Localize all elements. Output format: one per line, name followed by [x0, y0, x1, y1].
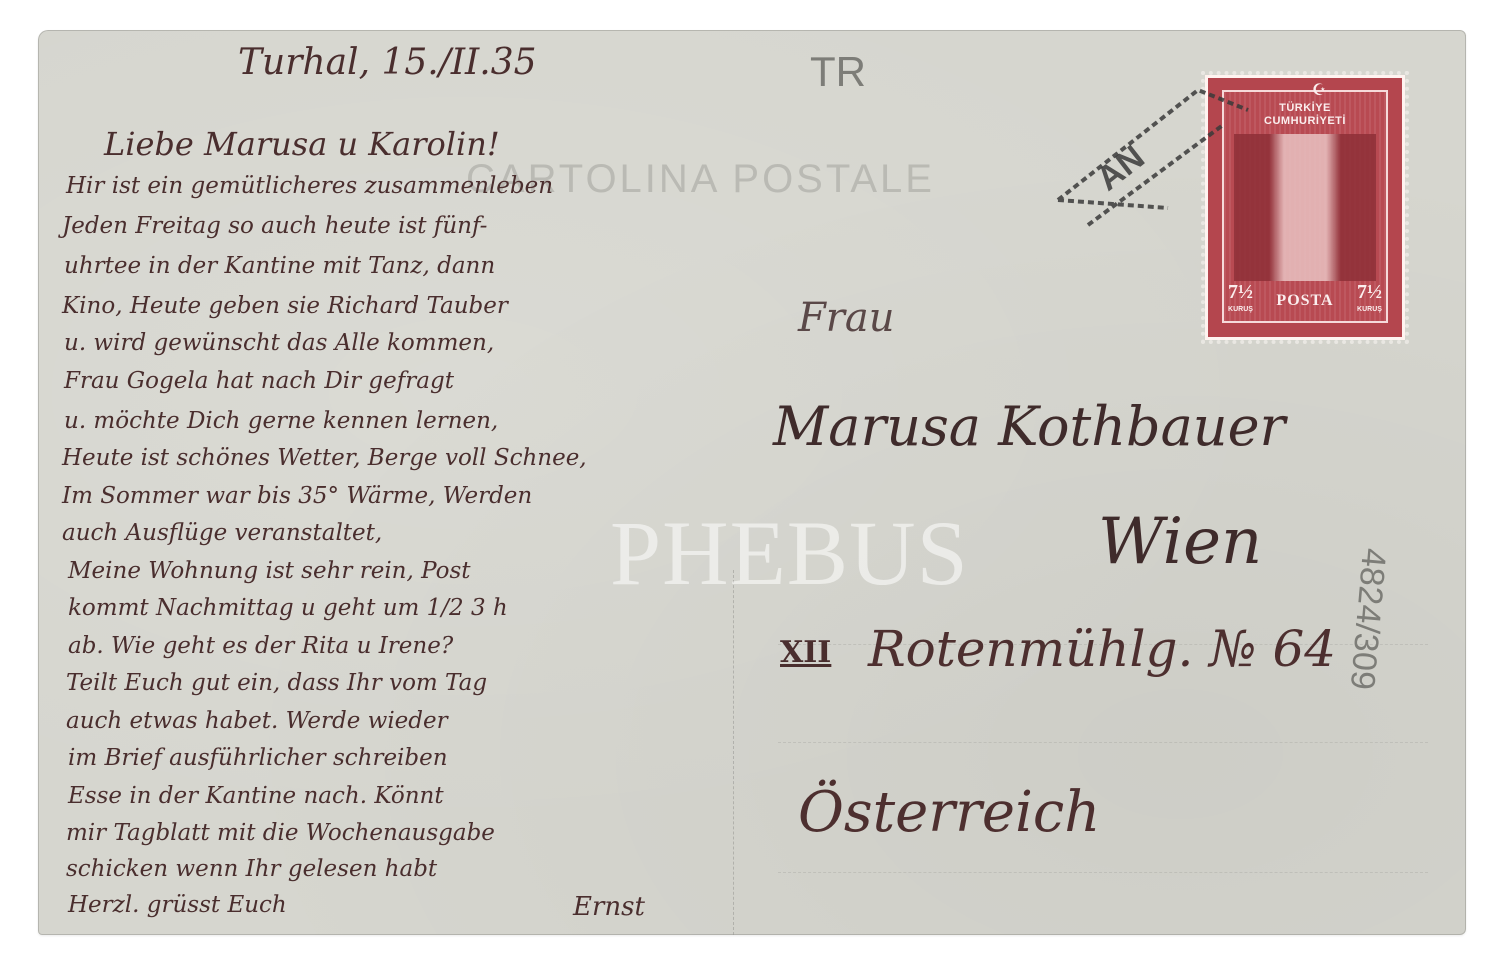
- message-line: ab. Wie geht es der Rita u Irene?: [68, 633, 453, 659]
- message-line: mir Tagblatt mit die Wochenausgabe: [66, 820, 495, 846]
- inventory-number-pencil-mark: 4824/309: [1342, 547, 1393, 692]
- message-line: Heute ist schönes Wetter, Berge voll Sch…: [62, 445, 587, 471]
- message-line: auch etwas habet. Werde wieder: [66, 708, 448, 734]
- message-line: Im Sommer war bis 35° Wärme, Werden: [62, 483, 532, 509]
- message-line: Kino, Heute geben sie Richard Tauber: [62, 293, 508, 319]
- greeting: Liebe Marusa u Karolin!: [104, 125, 500, 163]
- place-date: Turhal, 15./II.35: [238, 42, 537, 83]
- country-code-pencil-mark: TR: [810, 48, 866, 96]
- message-line: u. möchte Dich gerne kennen lernen,: [64, 408, 498, 434]
- stamp-value-bar: 7½ KURUŞ POSTA 7½ KURUŞ: [1224, 287, 1386, 315]
- message-line: Teilt Euch gut ein, dass Ihr vom Tag: [66, 670, 487, 696]
- postcard: CARTOLINA POSTALE TR 4824/309 Turhal, 15…: [38, 30, 1466, 935]
- message-line: schicken wenn Ihr gelesen habt: [66, 856, 437, 882]
- message-line: kommt Nachmittag u geht um 1/2 3 h: [68, 595, 508, 621]
- message-line: u. wird gewünscht das Alle kommen,: [64, 330, 494, 356]
- message-line: auch Ausflüge veranstaltet,: [62, 520, 382, 546]
- stamp-label: POSTA: [1276, 292, 1333, 310]
- message-line: Frau Gogela hat nach Dir gefragt: [64, 368, 454, 394]
- stamp-country-line-1: TÜRKİYE: [1234, 102, 1376, 115]
- signature: Ernst: [573, 892, 645, 922]
- stamp-country-line-2: CUMHURİYETİ: [1234, 115, 1376, 128]
- address-rule: [778, 742, 1428, 743]
- address-street: Rotenmühlg. № 64: [868, 620, 1336, 678]
- closing: Herzl. grüsst Euch: [68, 892, 287, 918]
- crescent-star-icon: ☪: [1312, 80, 1326, 99]
- svg-text:AN: AN: [1090, 138, 1152, 198]
- address-divider: [733, 570, 734, 935]
- message-line: uhrtee in der Kantine mit Tanz, dann: [64, 253, 495, 279]
- message-line: Jeden Freitag so auch heute ist fünf-: [62, 213, 487, 239]
- watermark: PHEBUS: [610, 500, 969, 606]
- stamp-value-left: 7½ KURUŞ: [1228, 283, 1253, 319]
- address-country: Österreich: [798, 780, 1100, 845]
- postage-stamp: ☪ TÜRKİYE CUMHURİYETİ 7½ KURUŞ POSTA 7½ …: [1205, 75, 1405, 340]
- stamp-frame: ☪ TÜRKİYE CUMHURİYETİ 7½ KURUŞ POSTA 7½ …: [1222, 90, 1388, 323]
- address-salutation: Frau: [798, 295, 894, 341]
- address-district: XII: [780, 635, 831, 670]
- message-line: Hir ist ein gemütlicheres zusammenleben: [66, 173, 553, 199]
- stamp-value-right: 7½ KURUŞ: [1357, 283, 1382, 319]
- stamp-landscape-image: [1234, 134, 1376, 281]
- message-line: Meine Wohnung ist sehr rein, Post: [68, 558, 471, 584]
- address-rule: [778, 872, 1428, 873]
- message-line: im Brief ausführlicher schreiben: [68, 745, 448, 771]
- stamp-country: TÜRKİYE CUMHURİYETİ: [1234, 102, 1376, 128]
- address-city: Wien: [1098, 505, 1262, 579]
- message-line: Esse in der Kantine nach. Könnt: [68, 783, 444, 809]
- address-name: Marusa Kothbauer: [773, 395, 1285, 458]
